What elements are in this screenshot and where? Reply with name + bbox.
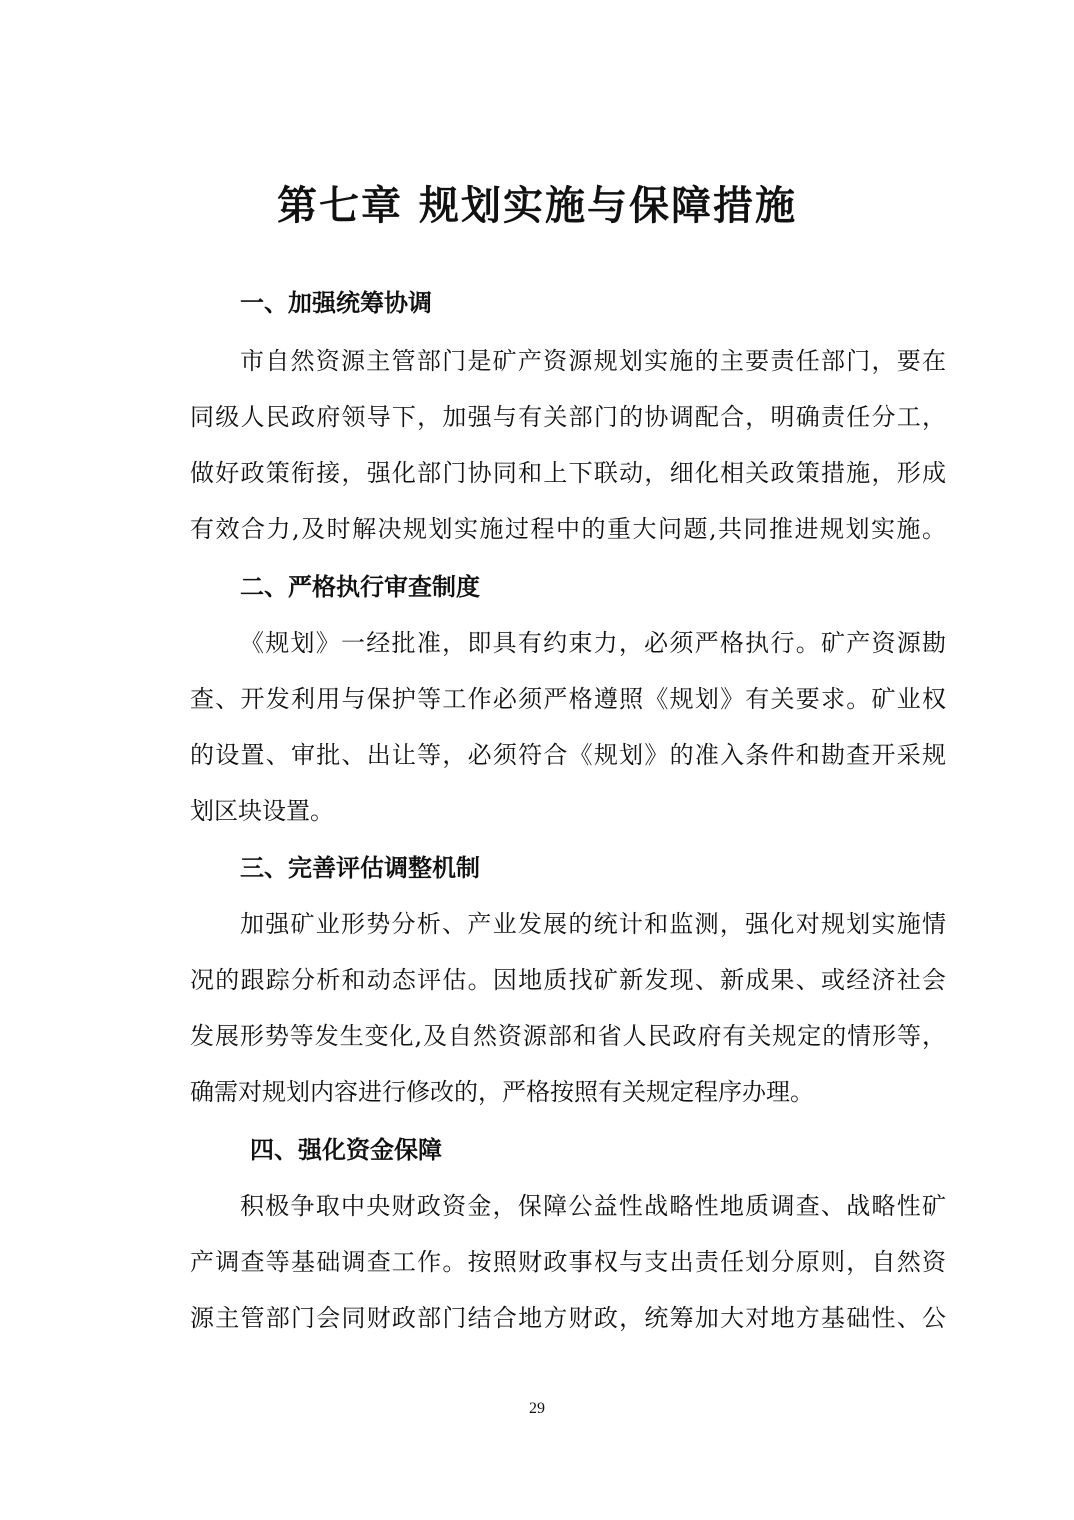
- page-number: 29: [0, 1400, 1074, 1418]
- paragraph-line: 的设置、审批、出让等，必须符合《规划》的准入条件和勘查开采规: [190, 738, 946, 772]
- section-heading: 一、加强统筹协调: [240, 286, 432, 320]
- section-heading: 二、严格执行审查制度: [240, 570, 480, 604]
- paragraph-line: 做好政策衔接，强化部门协同和上下联动，细化相关政策措施，形成: [190, 456, 946, 490]
- paragraph-line: 积极争取中央财政资金，保障公益性战略性地质调查、战略性矿: [240, 1189, 946, 1223]
- paragraph-line: 发展形势等发生变化,及自然资源部和省人民政府有关规定的情形等，: [190, 1019, 946, 1053]
- paragraph-line: 确需对规划内容进行修改的，严格按照有关规定程序办理。: [190, 1075, 946, 1109]
- paragraph-line: 划区块设置。: [190, 794, 946, 828]
- paragraph-line: 有效合力,及时解决规划实施过程中的重大问题,共同推进规划实施。: [190, 512, 946, 546]
- paragraph-line: 况的跟踪分析和动态评估。因地质找矿新发现、新成果、或经济社会: [190, 963, 946, 997]
- section-heading: 三、完善评估调整机制: [240, 851, 480, 885]
- paragraph-line: 市自然资源主管部门是矿产资源规划实施的主要责任部门，要在: [240, 344, 946, 378]
- paragraph-line: 《规划》一经批准，即具有约束力，必须严格执行。矿产资源勘: [240, 626, 946, 660]
- paragraph-line: 同级人民政府领导下，加强与有关部门的协调配合，明确责任分工，: [190, 400, 946, 434]
- paragraph-line: 查、开发利用与保护等工作必须严格遵照《规划》有关要求。矿业权: [190, 682, 946, 716]
- section-heading: 四、强化资金保障: [250, 1133, 442, 1167]
- chapter-title: 第七章 规划实施与保障措施: [0, 178, 1074, 234]
- paragraph-line: 源主管部门会同财政部门结合地方财政，统筹加大对地方基础性、公: [190, 1301, 946, 1335]
- paragraph-line: 加强矿业形势分析、产业发展的统计和监测，强化对规划实施情: [240, 907, 946, 941]
- paragraph-line: 产调查等基础调查工作。按照财政事权与支出责任划分原则，自然资: [190, 1245, 946, 1279]
